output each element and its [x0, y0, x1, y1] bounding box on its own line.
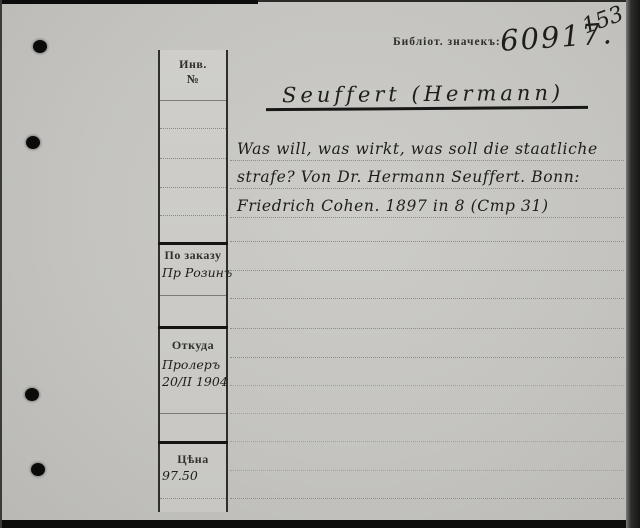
form-column: Инв. № По заказу Пр Розинъ Откуда Пролер… — [158, 50, 228, 512]
column-rule — [160, 158, 226, 159]
column-rule — [160, 413, 226, 414]
column-rule — [160, 215, 226, 216]
price-label: Цѣна — [160, 452, 226, 467]
column-rule — [160, 187, 226, 188]
inventory-number-sign: № — [160, 72, 226, 87]
origin-label: Откуда — [160, 338, 226, 353]
entry-line-1: Was will, was wirkt, was soll die staatl… — [237, 140, 598, 158]
ruled-line — [230, 217, 624, 218]
column-rule — [160, 128, 226, 129]
ruled-line — [230, 241, 624, 242]
origin-value-date: 20/II 1904 — [162, 374, 224, 389]
ruled-line — [230, 160, 624, 161]
ruled-line — [230, 298, 624, 299]
section-separator — [158, 441, 228, 444]
order-value: Пр Розинъ — [162, 265, 224, 280]
ruled-line — [230, 385, 624, 386]
price-value: 97.50 — [162, 468, 224, 483]
ruled-line — [230, 328, 624, 329]
column-rule — [160, 295, 226, 296]
catalog-card-scan: 153 Библіот. значекъ: 60917. Seuffert (H… — [0, 0, 640, 528]
ruled-line — [230, 413, 624, 414]
card-bottom-edge — [0, 520, 640, 528]
ruled-line — [230, 470, 624, 471]
entry-line-3: Friedrich Cohen. 1897 in 8 (Стр 31) — [237, 197, 549, 215]
card-left-edge — [0, 0, 2, 528]
punch-hole — [33, 40, 47, 53]
ruled-line — [230, 441, 624, 442]
ruled-line — [230, 498, 624, 499]
order-label: По заказу — [160, 248, 226, 263]
entry-line-2: strafe? Von Dr. Hermann Seuffert. Bonn: — [237, 168, 580, 186]
library-stamp-number: 60917. — [499, 16, 615, 58]
column-rule — [160, 498, 226, 499]
column-rule — [160, 100, 226, 101]
ruled-line — [230, 357, 624, 358]
section-separator — [158, 242, 228, 245]
inventory-label: Инв. — [160, 57, 226, 72]
ruled-line — [230, 270, 624, 271]
section-separator — [158, 326, 228, 329]
ruled-line — [230, 188, 624, 189]
punch-hole — [25, 388, 39, 401]
origin-value-source: Пролеръ — [162, 357, 224, 372]
card-top-edge-bar — [0, 0, 258, 4]
author-heading: Seuffert (Hermann) — [282, 81, 564, 107]
library-stamp-label: Библіот. значекъ: — [393, 36, 501, 48]
punch-hole — [26, 136, 40, 149]
punch-hole — [31, 463, 45, 476]
card-right-edge — [626, 0, 640, 528]
